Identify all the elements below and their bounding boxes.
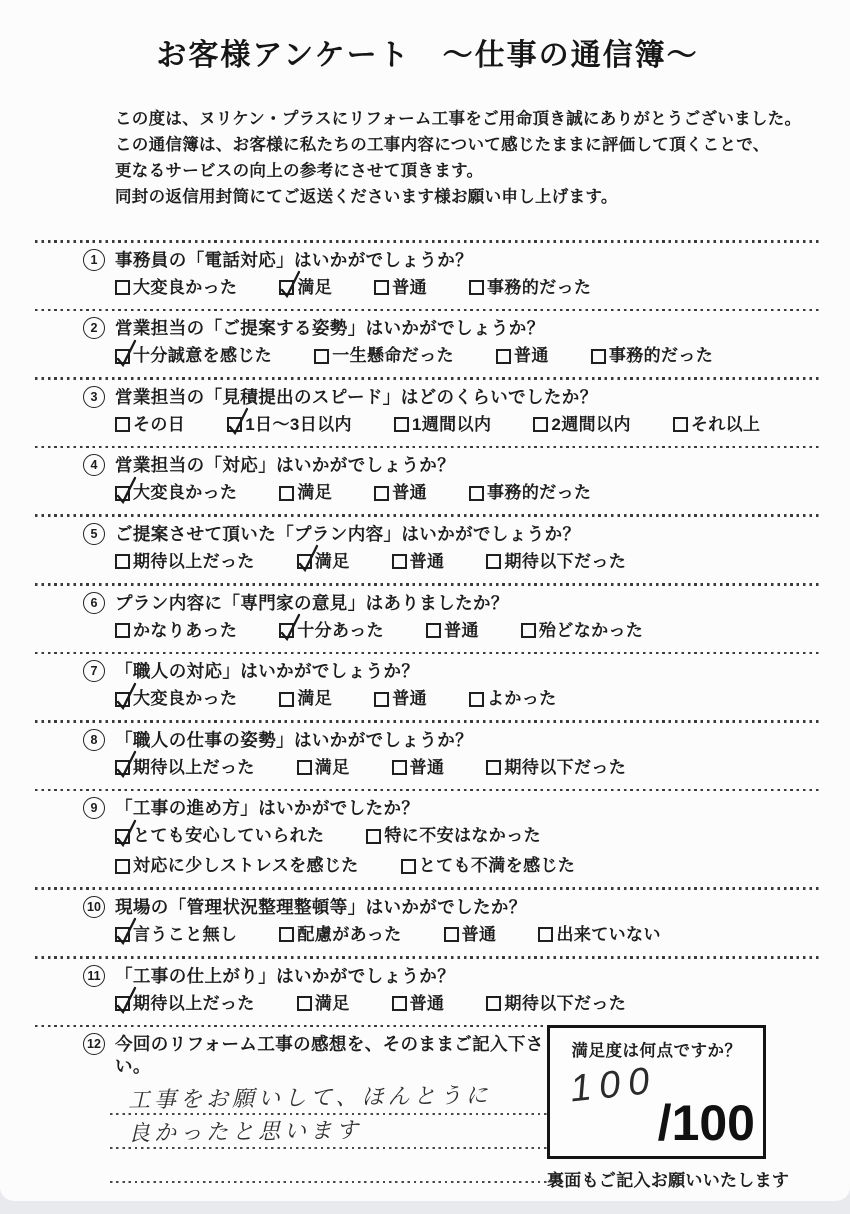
question-number: 8 bbox=[83, 729, 105, 751]
option[interactable]: 普通 bbox=[444, 922, 497, 948]
separator bbox=[35, 377, 820, 380]
option-label: とても不満を感じた bbox=[419, 853, 576, 879]
option[interactable]: とても不満を感じた bbox=[401, 853, 576, 879]
checkbox[interactable] bbox=[115, 760, 130, 775]
intro-line: この通信簿は、お客様に私たちの工事内容について感じたままに評価して頂くことで、 bbox=[115, 132, 820, 158]
option-label: 期待以上だった bbox=[133, 549, 255, 575]
option[interactable]: 大変良かった bbox=[115, 275, 237, 301]
checkbox[interactable] bbox=[115, 927, 130, 942]
separator bbox=[35, 446, 820, 449]
score-box-label: 満足度は何点ですか？ bbox=[550, 1037, 763, 1061]
option-label: 2週間以内 bbox=[551, 412, 630, 438]
question-number: 11 bbox=[83, 965, 105, 987]
question-number: 10 bbox=[83, 896, 105, 918]
checkbox[interactable] bbox=[366, 829, 381, 844]
separator bbox=[35, 652, 820, 655]
comment-line[interactable]: 工事をお願いして、ほんとうに bbox=[110, 1081, 547, 1115]
option-label: かなりあった bbox=[133, 618, 237, 644]
question-number: 9 bbox=[83, 797, 105, 819]
option[interactable]: 満足 bbox=[297, 549, 350, 575]
question-options: 大変良かった 満足 普通 事務的だった bbox=[115, 480, 820, 506]
option-label: 言うこと無し bbox=[133, 922, 237, 948]
checkbox[interactable] bbox=[115, 829, 130, 844]
option[interactable]: 十分誠意を感じた bbox=[115, 343, 272, 369]
option-label: 一生懸命だった bbox=[332, 343, 454, 369]
checkbox[interactable] bbox=[279, 692, 294, 707]
option[interactable]: 普通 bbox=[496, 343, 549, 369]
option-label: 十分誠意を感じた bbox=[133, 343, 272, 369]
option-label: 満足 bbox=[297, 686, 332, 712]
separator bbox=[35, 514, 820, 517]
option[interactable]: 満足 bbox=[297, 755, 350, 781]
option[interactable]: 殆どなかった bbox=[521, 618, 643, 644]
option-label: 配慮があった bbox=[297, 922, 401, 948]
checkbox[interactable] bbox=[533, 417, 548, 432]
option-label: 1週間以内 bbox=[412, 412, 491, 438]
score-denominator: /100 bbox=[658, 1094, 755, 1152]
option[interactable]: 満足 bbox=[297, 991, 350, 1017]
checkbox[interactable] bbox=[279, 486, 294, 501]
option[interactable]: 特に不安はなかった bbox=[366, 823, 541, 849]
option-label: 普通 bbox=[444, 618, 479, 644]
option[interactable]: 満足 bbox=[279, 275, 332, 301]
question-text: 現場の「管理状況整理整頓等」はいかがでしたか？ bbox=[115, 896, 527, 918]
checkbox[interactable] bbox=[297, 996, 312, 1011]
check-mark-icon bbox=[113, 818, 140, 849]
handwritten-comment: 工事をお願いして、ほんとうに bbox=[128, 1079, 492, 1115]
handwritten-comment: 良かったと思います bbox=[128, 1113, 362, 1147]
check-mark-icon bbox=[113, 916, 140, 947]
question-options: 大変良かった 満足 普通 事務的だった bbox=[115, 275, 820, 301]
question-block: 6 プラン内容に「専門家の意見」はありましたか？ かなりあった 十分あった 普通… bbox=[35, 583, 820, 644]
separator bbox=[35, 887, 820, 890]
comment-line[interactable] bbox=[110, 1149, 547, 1183]
page-title: お客様アンケート 〜仕事の通信簿〜 bbox=[35, 0, 820, 74]
comment-write-area[interactable]: 工事をお願いして、ほんとうに 良かったと思います bbox=[110, 1081, 547, 1201]
question-block: 9 「工事の進め方」はいかがでしたか？ とても安心していられた 特に不安はなかっ… bbox=[35, 789, 820, 880]
score-box[interactable]: 満足度は何点ですか？ 100 /100 bbox=[547, 1025, 766, 1159]
option[interactable]: 期待以上だった bbox=[115, 991, 255, 1017]
option[interactable]: 出来ていない bbox=[538, 922, 660, 948]
checkbox[interactable] bbox=[486, 760, 501, 775]
intro-paragraph: この度は、ヌリケン・プラスにリフォーム工事をご用命頂き誠にありがとうございました… bbox=[115, 106, 820, 210]
checkbox[interactable] bbox=[279, 623, 294, 638]
checkbox[interactable] bbox=[115, 417, 130, 432]
option[interactable]: 満足 bbox=[279, 686, 332, 712]
checkbox[interactable] bbox=[297, 554, 312, 569]
option[interactable]: 1週間以内 bbox=[394, 412, 491, 438]
checkbox[interactable] bbox=[591, 349, 606, 364]
checkbox[interactable] bbox=[115, 692, 130, 707]
option[interactable]: 事務的だった bbox=[469, 480, 591, 506]
option[interactable]: 事務的だった bbox=[469, 275, 591, 301]
question-block: 8 「職人の仕事の姿勢」はいかがでしょうか？ 期待以上だった 満足 普通 期待以… bbox=[35, 720, 820, 781]
question-text: 「工事の仕上がり」はいかがでしょうか？ bbox=[115, 965, 455, 987]
checkbox[interactable] bbox=[392, 760, 407, 775]
questions-list: 1 事務員の「電話対応」はいかがでしょうか？ 大変良かった 満足 普通 事務的だ… bbox=[35, 240, 820, 1017]
checkbox[interactable] bbox=[115, 349, 130, 364]
checkbox[interactable] bbox=[297, 760, 312, 775]
option[interactable]: 普通 bbox=[374, 275, 427, 301]
option[interactable]: 普通 bbox=[426, 618, 479, 644]
check-mark-icon bbox=[113, 749, 140, 780]
comment-line[interactable] bbox=[110, 1183, 525, 1201]
question-block: 10 現場の「管理状況整理整頓等」はいかがでしたか？ 言うこと無し 配慮があった… bbox=[35, 887, 820, 948]
option-label: 普通 bbox=[392, 275, 427, 301]
separator bbox=[35, 1025, 547, 1028]
question-options: とても安心していられた 特に不安はなかった 対応に少しストレスを感じた とても不… bbox=[115, 823, 820, 879]
checkbox[interactable] bbox=[496, 349, 511, 364]
option[interactable]: かなりあった bbox=[115, 618, 237, 644]
question-number: 2 bbox=[83, 317, 105, 339]
question-options: 期待以上だった 満足 普通 期待以下だった bbox=[115, 549, 820, 575]
option-label: 対応に少しストレスを感じた bbox=[133, 853, 359, 879]
question-options: 十分誠意を感じた 一生懸命だった 普通 事務的だった bbox=[115, 343, 820, 369]
option[interactable]: 言うこと無し bbox=[115, 922, 237, 948]
option[interactable]: 十分あった bbox=[279, 618, 384, 644]
check-mark-icon bbox=[295, 543, 322, 574]
question-block: 1 事務員の「電話対応」はいかがでしょうか？ 大変良かった 満足 普通 事務的だ… bbox=[35, 240, 820, 301]
checkbox[interactable] bbox=[444, 927, 459, 942]
checkbox[interactable] bbox=[374, 692, 389, 707]
checkbox[interactable] bbox=[392, 554, 407, 569]
option[interactable]: 普通 bbox=[392, 755, 445, 781]
intro-line: 更なるサービスの向上の参考にさせて頂きます。 bbox=[115, 158, 820, 184]
question-block: 7 「職人の対応」はいかがでしょうか？ 大変良かった 満足 普通 よかった bbox=[35, 652, 820, 713]
option[interactable]: とても安心していられた bbox=[115, 823, 324, 849]
option-label: 1日〜3日以内 bbox=[245, 412, 352, 438]
option-label: 満足 bbox=[315, 991, 350, 1017]
option[interactable]: 大変良かった bbox=[115, 686, 237, 712]
separator bbox=[35, 720, 820, 723]
checkbox[interactable] bbox=[227, 417, 242, 432]
option-label: とても安心していられた bbox=[133, 823, 324, 849]
option-label: 普通 bbox=[392, 686, 427, 712]
checkbox[interactable] bbox=[486, 996, 501, 1011]
check-mark-icon bbox=[277, 612, 304, 643]
separator bbox=[35, 583, 820, 586]
option-label: 満足 bbox=[297, 480, 332, 506]
option-label: 期待以下だった bbox=[504, 549, 626, 575]
question-text: 今回のリフォーム工事の感想を、そのままご記入下さい。 bbox=[115, 1033, 547, 1077]
check-mark-icon bbox=[277, 269, 304, 300]
option[interactable]: 期待以下だった bbox=[486, 549, 626, 575]
option-label: 普通 bbox=[410, 549, 445, 575]
option-label: 出来ていない bbox=[556, 922, 660, 948]
check-mark-icon bbox=[113, 475, 140, 506]
option-label: 大変良かった bbox=[133, 275, 237, 301]
separator bbox=[35, 789, 820, 792]
option-label: 普通 bbox=[392, 480, 427, 506]
question-12-section: 12 今回のリフォーム工事の感想を、そのままご記入下さい。 工事をお願いして、ほ… bbox=[35, 1025, 820, 1201]
intro-line: この度は、ヌリケン・プラスにリフォーム工事をご用命頂き誠にありがとうございました… bbox=[115, 106, 820, 132]
checkbox[interactable] bbox=[392, 996, 407, 1011]
separator bbox=[35, 240, 820, 243]
option-label: 特に不安はなかった bbox=[384, 823, 541, 849]
checkbox[interactable] bbox=[115, 554, 130, 569]
option-label: 満足 bbox=[315, 755, 350, 781]
option-label: 事務的だった bbox=[609, 343, 713, 369]
question-text: 「職人の仕事の姿勢」はいかがでしょうか？ bbox=[115, 729, 473, 751]
checkbox[interactable] bbox=[486, 554, 501, 569]
question-options: 期待以上だった 満足 普通 期待以下だった bbox=[115, 755, 820, 781]
option[interactable]: 配慮があった bbox=[279, 922, 401, 948]
option-label: 普通 bbox=[462, 922, 497, 948]
option[interactable]: 満足 bbox=[279, 480, 332, 506]
checkbox[interactable] bbox=[314, 349, 329, 364]
option-label: 殆どなかった bbox=[539, 618, 643, 644]
checkbox[interactable] bbox=[538, 927, 553, 942]
checkbox[interactable] bbox=[374, 280, 389, 295]
handwritten-score: 100 bbox=[568, 1059, 659, 1111]
checkbox[interactable] bbox=[115, 623, 130, 638]
question-options: かなりあった 十分あった 普通 殆どなかった bbox=[115, 618, 820, 644]
intro-line: 同封の返信用封筒にてご返送くださいます様お願い申し上げます。 bbox=[115, 184, 820, 210]
question-text: 営業担当の「見積提出のスピード」はどのくらいでしたか？ bbox=[115, 386, 598, 408]
check-mark-icon bbox=[113, 985, 140, 1016]
question-number: 5 bbox=[83, 523, 105, 545]
option[interactable]: 一生懸命だった bbox=[314, 343, 454, 369]
option[interactable]: よかった bbox=[469, 686, 557, 712]
option[interactable]: 普通 bbox=[374, 686, 427, 712]
question-block: 4 営業担当の「対応」はいかがでしょうか？ 大変良かった 満足 普通 事務的だっ… bbox=[35, 446, 820, 507]
separator bbox=[35, 309, 820, 312]
option-label: 事務的だった bbox=[487, 480, 591, 506]
question-block: 11 「工事の仕上がり」はいかがでしょうか？ 期待以上だった 満足 普通 期待以… bbox=[35, 956, 820, 1017]
checkbox[interactable] bbox=[115, 996, 130, 1011]
option-label: それ以上 bbox=[691, 412, 761, 438]
question-text: 「職人の対応」はいかがでしょうか？ bbox=[115, 660, 419, 682]
question-number: 6 bbox=[83, 592, 105, 614]
option[interactable]: その日 bbox=[115, 412, 185, 438]
option[interactable]: 大変良かった bbox=[115, 480, 237, 506]
checkbox[interactable] bbox=[115, 859, 130, 874]
option-label: 普通 bbox=[514, 343, 549, 369]
option-label: 期待以上だった bbox=[133, 755, 255, 781]
question-number: 7 bbox=[83, 660, 105, 682]
question-block: 2 営業担当の「ご提案する姿勢」はいかがでしょうか？ 十分誠意を感じた 一生懸命… bbox=[35, 309, 820, 370]
option[interactable]: 1日〜3日以内 bbox=[227, 412, 352, 438]
checkbox[interactable] bbox=[374, 486, 389, 501]
option-label: 十分あった bbox=[297, 618, 384, 644]
checkbox[interactable] bbox=[115, 280, 130, 295]
option[interactable]: 普通 bbox=[374, 480, 427, 506]
question-text: ご提案させて頂いた「プラン内容」はいかがでしょうか？ bbox=[115, 523, 580, 545]
option[interactable]: 2週間以内 bbox=[533, 412, 630, 438]
question-number: 3 bbox=[83, 386, 105, 408]
checkbox[interactable] bbox=[115, 486, 130, 501]
question-text: 事務員の「電話対応」はいかがでしょうか？ bbox=[115, 249, 473, 271]
option-label: 普通 bbox=[410, 755, 445, 781]
survey-paper: お客様アンケート 〜仕事の通信簿〜 この度は、ヌリケン・プラスにリフォーム工事を… bbox=[0, 0, 850, 1201]
checkbox[interactable] bbox=[469, 486, 484, 501]
option-label: 普通 bbox=[410, 991, 445, 1017]
question-text: プラン内容に「専門家の意見」はありましたか？ bbox=[115, 592, 509, 614]
footer-note: 裏面もご記入お願いいたします bbox=[547, 1166, 769, 1191]
check-mark-icon bbox=[225, 406, 252, 437]
question-number: 4 bbox=[83, 454, 105, 476]
option[interactable]: 事務的だった bbox=[591, 343, 713, 369]
question-text: 営業担当の「対応」はいかがでしょうか？ bbox=[115, 454, 455, 476]
option[interactable]: 期待以下だった bbox=[486, 991, 626, 1017]
option[interactable]: それ以上 bbox=[673, 412, 761, 438]
option-label: 期待以下だった bbox=[504, 755, 626, 781]
option-label: 大変良かった bbox=[133, 480, 237, 506]
question-number: 1 bbox=[83, 249, 105, 271]
question-block: 3 営業担当の「見積提出のスピード」はどのくらいでしたか？ その日 1日〜3日以… bbox=[35, 377, 820, 438]
question-text: 営業担当の「ご提案する姿勢」はいかがでしょうか？ bbox=[115, 317, 545, 339]
option[interactable]: 期待以上だった bbox=[115, 755, 255, 781]
option[interactable]: 対応に少しストレスを感じた bbox=[115, 853, 359, 879]
option-label: 期待以上だった bbox=[133, 991, 255, 1017]
option[interactable]: 期待以下だった bbox=[486, 755, 626, 781]
check-mark-icon bbox=[113, 681, 140, 712]
option-label: 事務的だった bbox=[487, 275, 591, 301]
checkbox[interactable] bbox=[469, 280, 484, 295]
option[interactable]: 普通 bbox=[392, 549, 445, 575]
checkbox[interactable] bbox=[673, 417, 688, 432]
checkbox[interactable] bbox=[469, 692, 484, 707]
checkbox[interactable] bbox=[521, 623, 536, 638]
question-number: 12 bbox=[83, 1033, 105, 1055]
checkbox[interactable] bbox=[394, 417, 409, 432]
option-label: 期待以下だった bbox=[504, 991, 626, 1017]
question-text: 「工事の進め方」はいかがでしたか？ bbox=[115, 797, 419, 819]
option-label: よかった bbox=[487, 686, 557, 712]
option[interactable]: 期待以上だった bbox=[115, 549, 255, 575]
checkbox[interactable] bbox=[279, 927, 294, 942]
option-label: 大変良かった bbox=[133, 686, 237, 712]
checkbox[interactable] bbox=[426, 623, 441, 638]
checkbox[interactable] bbox=[279, 280, 294, 295]
checkbox[interactable] bbox=[401, 859, 416, 874]
comment-line[interactable]: 良かったと思います bbox=[110, 1115, 547, 1149]
option[interactable]: 普通 bbox=[392, 991, 445, 1017]
option-label: その日 bbox=[133, 412, 185, 438]
question-options: 大変良かった 満足 普通 よかった bbox=[115, 686, 820, 712]
separator bbox=[35, 956, 820, 959]
question-block: 5 ご提案させて頂いた「プラン内容」はいかがでしょうか？ 期待以上だった 満足 … bbox=[35, 514, 820, 575]
check-mark-icon bbox=[113, 338, 140, 369]
question-options: 期待以上だった 満足 普通 期待以下だった bbox=[115, 991, 820, 1017]
question-options: 言うこと無し 配慮があった 普通 出来ていない bbox=[115, 922, 820, 948]
question-options: その日 1日〜3日以内 1週間以内 2週間以内 それ以上 bbox=[115, 412, 820, 438]
